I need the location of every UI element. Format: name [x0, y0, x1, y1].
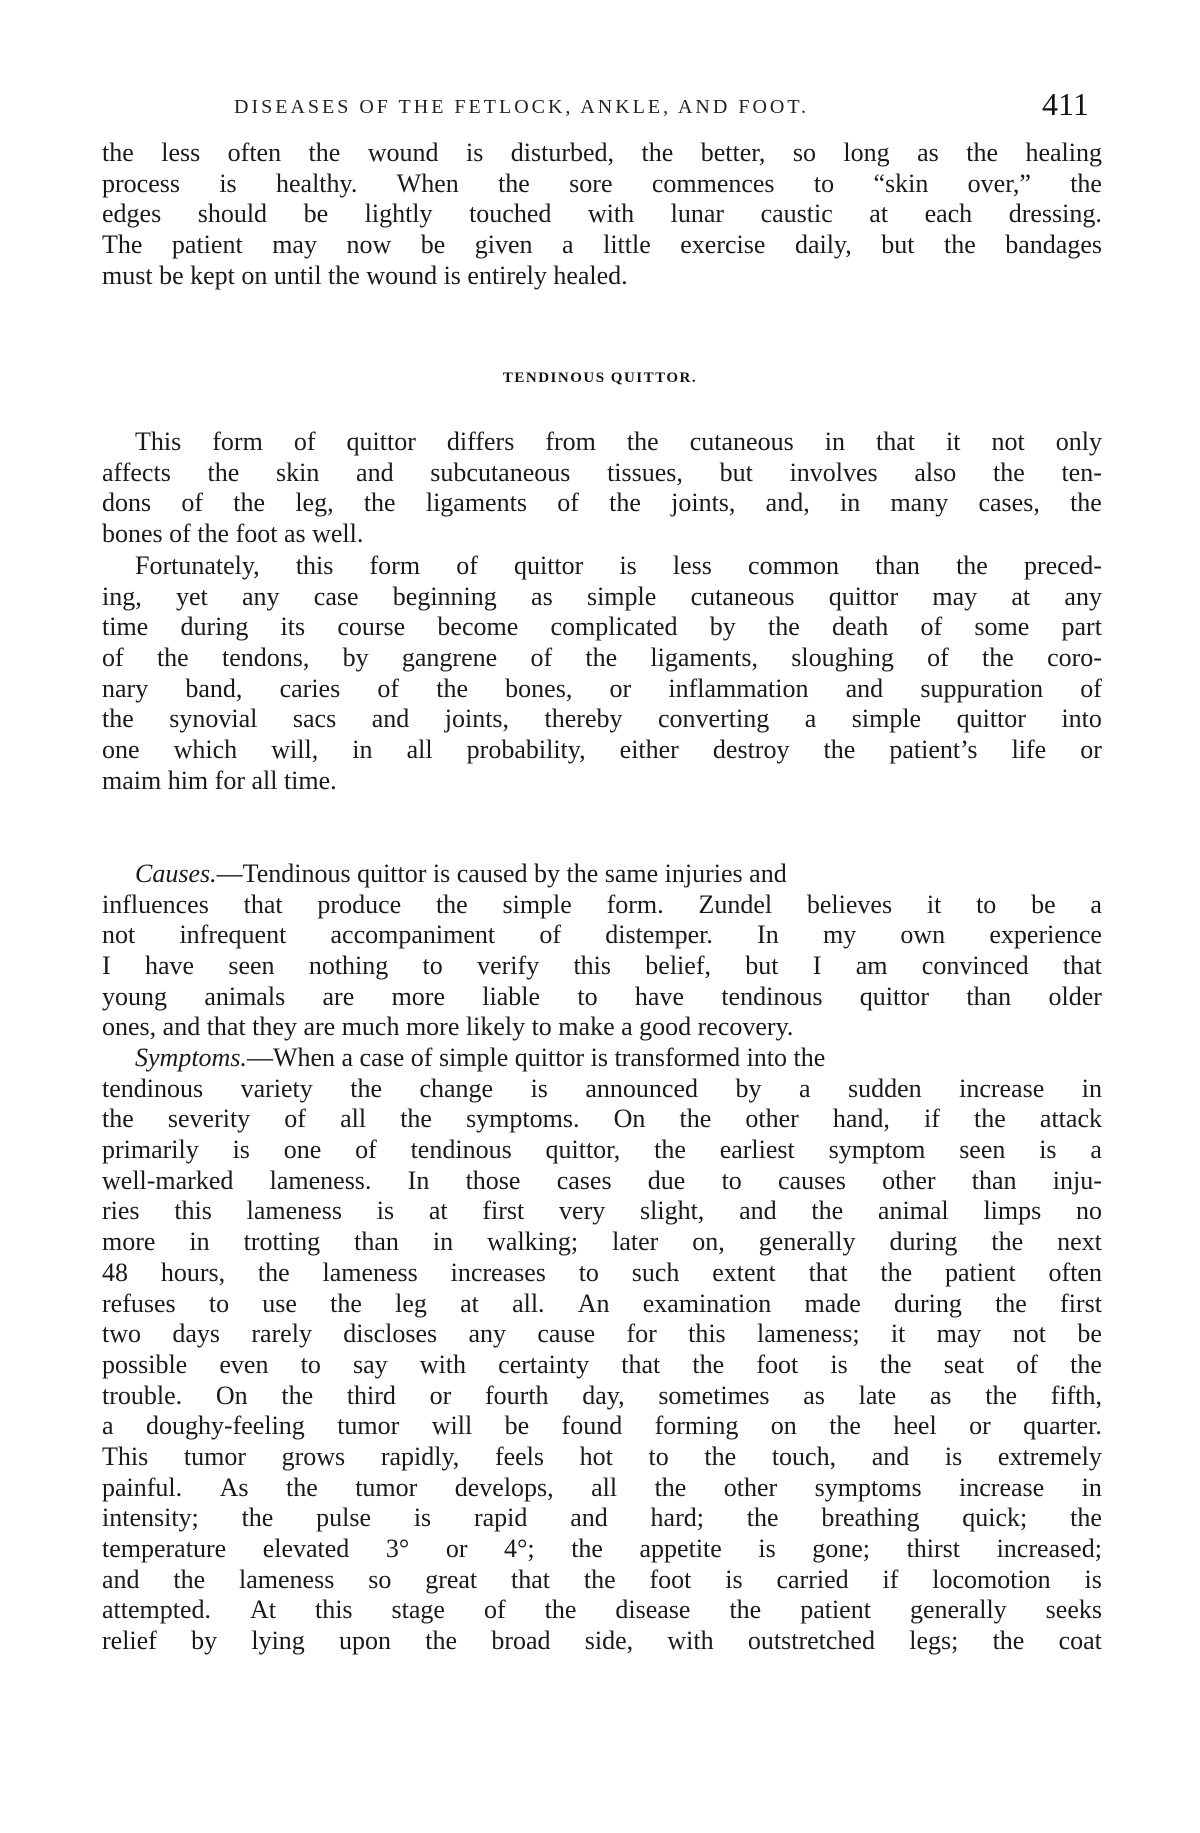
- text-line: edgesshouldbelightlytouchedwithlunarcaus…: [102, 199, 1102, 230]
- text-line: twodaysrarelydisclosesanycauseforthislam…: [102, 1319, 1102, 1350]
- continuation-paragraph: thelessoftenthewoundisdisturbed,thebette…: [102, 138, 1102, 291]
- text-line: refusestousethelegatall.Anexaminationmad…: [102, 1289, 1102, 1320]
- text-line: donsoftheleg,theligamentsofthejoints,and…: [102, 488, 1102, 519]
- symptoms-label: Symptoms.: [135, 1043, 247, 1074]
- text-line: notinfrequentaccompanimentofdistemper.In…: [102, 920, 1102, 951]
- text-line: adoughy-feelingtumorwillbefoundformingon…: [102, 1411, 1102, 1442]
- text-line: attempted.Atthisstageofthediseasethepati…: [102, 1595, 1102, 1626]
- running-header-title: DISEASES OF THE FETLOCK, ANKLE, AND FOOT…: [234, 96, 964, 119]
- text-line: temperatureelevated3°or4°;theappetiteisg…: [102, 1534, 1102, 1565]
- paragraph-intro: Thisformofquittordiffersfromthecutaneous…: [102, 427, 1102, 550]
- text-line: processishealthy.Whenthesorecommencesto“…: [102, 169, 1102, 200]
- text-line: Thistumorgrowsrapidly,feelshottothetouch…: [102, 1442, 1102, 1473]
- text-line: Thepatientmaynowbegivenalittleexerciseda…: [102, 230, 1102, 261]
- text-line: naryband,cariesofthebones,orinflammation…: [102, 674, 1102, 705]
- text-line: 48hours,thelamenessincreasestosuchextent…: [102, 1258, 1102, 1289]
- text-line: andthelamenesssogreatthatthefootiscarrie…: [102, 1565, 1102, 1596]
- text-line: reliefbylyinguponthebroadside,withoutstr…: [102, 1626, 1102, 1657]
- text-line: onewhichwill,inallprobability,eitherdest…: [102, 735, 1102, 766]
- text-line: moreintrottingthaninwalking;lateron,gene…: [102, 1227, 1102, 1258]
- text-line: well-markedlameness.Inthosecasesduetocau…: [102, 1166, 1102, 1197]
- book-page: DISEASES OF THE FETLOCK, ANKLE, AND FOOT…: [0, 0, 1200, 1833]
- text-line: possibleeventosaywithcertaintythatthefoo…: [102, 1350, 1102, 1381]
- paragraph-causes: Causes.—Tendinous quittor is caused by t…: [102, 859, 1102, 1043]
- text-line: painful.Asthetumordevelops,alltheothersy…: [102, 1473, 1102, 1504]
- text-line: bones of the foot as well.: [102, 519, 1102, 550]
- text-line: primarilyisoneoftendinousquittor,theearl…: [102, 1135, 1102, 1166]
- text-line: theseverityofallthesymptoms.Ontheotherha…: [102, 1104, 1102, 1135]
- text-line: influencesthatproducethesimpleform.Zunde…: [102, 890, 1102, 921]
- paragraph-fortunately: Fortunately,thisformofquittorislesscommo…: [102, 551, 1102, 797]
- text-line: younganimalsaremoreliabletohavetendinous…: [102, 982, 1102, 1013]
- causes-first-line: —Tendinous quittor is caused by the same…: [217, 859, 787, 890]
- causes-label: Causes.: [135, 859, 217, 890]
- text-line: ones, and that they are much more likely…: [102, 1012, 1102, 1043]
- text-line: intensity;thepulseisrapidandhard;thebrea…: [102, 1503, 1102, 1534]
- text-line: trouble.Onthethirdorfourthday,sometimesa…: [102, 1381, 1102, 1412]
- text-line: riesthislamenessisatfirstveryslight,andt…: [102, 1196, 1102, 1227]
- text-line: Ihaveseennothingtoverifythisbelief,butIa…: [102, 951, 1102, 982]
- text-line: timeduringitscoursebecomecomplicatedbyth…: [102, 612, 1102, 643]
- symptoms-first-line: —When a case of simple quittor is transf…: [247, 1043, 825, 1074]
- text-line: Symptoms.—When a case of simple quittor …: [102, 1043, 1102, 1074]
- text-line: thelessoftenthewoundisdisturbed,thebette…: [102, 138, 1102, 169]
- text-line: thesynovialsacsandjoints,therebyconverti…: [102, 704, 1102, 735]
- text-line: must be kept on until the wound is entir…: [102, 261, 1102, 292]
- text-line: tendinousvarietythechangeisannouncedbyas…: [102, 1074, 1102, 1105]
- text-line: Causes.—Tendinous quittor is caused by t…: [102, 859, 1102, 890]
- text-line: Fortunately,thisformofquittorislesscommo…: [102, 551, 1102, 582]
- text-line: ofthetendons,bygangreneoftheligaments,sl…: [102, 643, 1102, 674]
- paragraph-symptoms: Symptoms.—When a case of simple quittor …: [102, 1043, 1102, 1657]
- text-line: maim him for all time.: [102, 766, 1102, 797]
- text-line: ing,yetanycasebeginningassimplecutaneous…: [102, 582, 1102, 613]
- text-line: affectstheskinandsubcutaneoustissues,but…: [102, 458, 1102, 489]
- page-number: 411: [1042, 86, 1089, 123]
- section-heading: TENDINOUS QUITTOR.: [0, 370, 1200, 387]
- text-line: Thisformofquittordiffersfromthecutaneous…: [102, 427, 1102, 458]
